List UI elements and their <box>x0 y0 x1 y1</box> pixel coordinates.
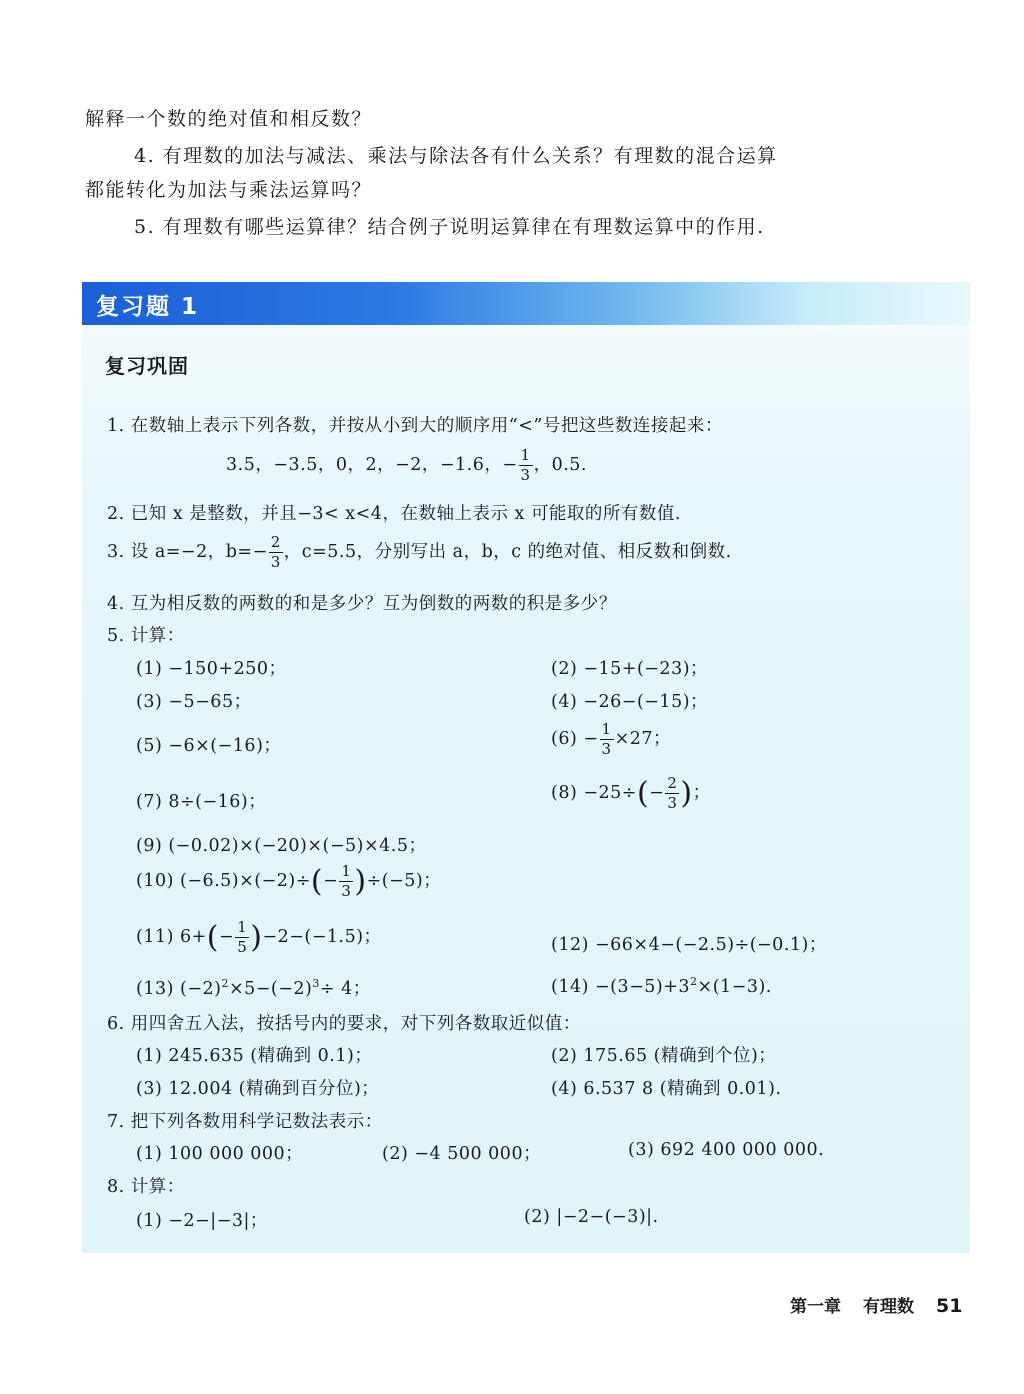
paren: ( <box>637 776 649 811</box>
paren: ( <box>207 920 219 955</box>
exercise-6-item-1: (1) 245.635 (精确到 0.1)； <box>136 1042 372 1067</box>
exercise-2: 2. 已知 x 是整数，并且−3< x<4，在数轴上表示 x 可能取的所有数值. <box>107 500 681 525</box>
text: ，c=5.5，分别写出 a，b，c 的绝对值、相反数和倒数. <box>284 542 732 562</box>
text: ×(1−3). <box>698 977 772 997</box>
text: ×27； <box>615 729 671 749</box>
intro-continuation: 解释一个数的绝对值和相反数？ <box>85 104 372 131</box>
text: (11) 6+ <box>136 927 207 947</box>
exponent: 2 <box>221 977 229 990</box>
exercise-7: 7. 把下列各数用科学记数法表示： <box>107 1108 383 1133</box>
exercise-5-item-3: (3) −5−65； <box>136 688 252 713</box>
fraction: 13 <box>339 864 353 899</box>
exercise-5-item-2: (2) −15+(−23)； <box>551 655 708 680</box>
chapter-title: 有理数 <box>863 1297 914 1317</box>
exercise-5-item-5: (5) −6×(−16)； <box>136 732 281 757</box>
text: ×5−(−2) <box>229 979 312 999</box>
exercise-7-item-1: (1) 100 000 000； <box>136 1140 303 1165</box>
page-footer: 第一章有理数51 <box>790 1292 962 1317</box>
text: (6) − <box>551 729 599 749</box>
exercise-5-item-9: (9) (−0.02)×(−20)×(−5)×4.5； <box>136 832 427 857</box>
text: ÷ 4； <box>320 979 371 999</box>
exercise-7-item-2: (2) −4 500 000； <box>382 1140 541 1165</box>
section-title: 复习题 1 <box>96 288 199 321</box>
exercise-1-numbers: 3.5，−3.5，0，2，−2，−1.6，−13，0.5. <box>226 448 587 483</box>
text: − <box>649 783 664 803</box>
exercise-5-item-7: (7) 8÷(−16)； <box>136 788 266 813</box>
paren: ( <box>311 864 323 899</box>
exercise-6-item-3: (3) 12.004 (精确到百分位)； <box>136 1075 379 1100</box>
text: −2−(−1.5)； <box>262 927 381 947</box>
numbers-text: ，0.5. <box>534 455 587 475</box>
text: (14) −(3−5)+3 <box>551 977 690 997</box>
review-question-4-cont: 都能转化为加法与乘法运算吗？ <box>85 175 372 202</box>
text: ； <box>693 783 711 803</box>
text: (13) (−2) <box>136 979 221 999</box>
paren: ) <box>354 864 366 899</box>
exercise-5-item-10: (10) (−6.5)×(−2)÷(−13)÷(−5)； <box>136 864 441 899</box>
text: − <box>323 871 338 891</box>
exercise-5-item-12: (12) −66×4−(−2.5)÷(−0.1)； <box>551 931 827 956</box>
fraction: 23 <box>269 535 283 570</box>
page-number: 51 <box>936 1295 962 1317</box>
exercise-8-item-2: (2) |−2−(−3)|. <box>524 1207 659 1227</box>
exponent: 2 <box>690 975 698 988</box>
chapter-label: 第一章 <box>790 1297 841 1317</box>
exercise-3: 3. 设 a=−2，b=−23，c=5.5，分别写出 a，b，c 的绝对值、相反… <box>107 535 732 570</box>
paren: ) <box>250 920 262 955</box>
exercise-4: 4. 互为相反数的两数的和是多少？互为倒数的两数的积是多少？ <box>107 590 617 615</box>
text: (10) (−6.5)×(−2)÷ <box>136 871 311 891</box>
exercise-6-item-2: (2) 175.65 (精确到个位)； <box>551 1042 776 1067</box>
fraction: 13 <box>519 448 533 483</box>
exercise-5: 5. 计算： <box>107 622 185 647</box>
text: (8) −25÷ <box>551 783 637 803</box>
paren: ) <box>680 776 692 811</box>
review-question-5: 5. 有理数有哪些运算律？结合例子说明运算律在有理数运算中的作用. <box>134 212 765 239</box>
exercise-6-item-4: (4) 6.537 8 (精确到 0.01). <box>551 1075 781 1100</box>
text: − <box>219 927 234 947</box>
exercise-8-item-1: (1) −2−|−3|； <box>136 1207 268 1232</box>
review-question-4: 4. 有理数的加法与减法、乘法与除法各有什么关系？有理数的混合运算 <box>134 141 778 168</box>
fraction: 15 <box>235 920 249 955</box>
text: 3. 设 a=−2，b=− <box>107 542 268 562</box>
exercise-5-item-13: (13) (−2)2×5−(−2)3÷ 4； <box>136 975 371 1000</box>
exercise-5-item-14: (14) −(3−5)+32×(1−3). <box>551 975 772 997</box>
exercise-5-item-8: (8) −25÷(−23)； <box>551 776 711 811</box>
exercise-1: 1. 在数轴上表示下列各数，并按从小到大的顺序用“<”号把这些数连接起来： <box>107 412 723 437</box>
fraction: 23 <box>665 776 679 811</box>
exponent: 3 <box>312 977 320 990</box>
numbers-text: 3.5，−3.5，0，2，−2，−1.6，− <box>226 455 518 475</box>
exercise-7-item-3: (3) 692 400 000 000. <box>628 1140 824 1160</box>
exercise-5-item-6: (6) −13×27； <box>551 722 671 757</box>
exercise-8: 8. 计算： <box>107 1173 185 1198</box>
exercise-5-item-1: (1) −150+250； <box>136 655 286 680</box>
section-banner: 复习题 1 <box>82 282 970 325</box>
exercise-6: 6. 用四舍五入法，按括号内的要求，对下列各数取近似值： <box>107 1010 581 1035</box>
section-subtitle: 复习巩固 <box>105 350 189 379</box>
text: ÷(−5)； <box>367 871 442 891</box>
exercise-5-item-4: (4) −26−(−15)； <box>551 688 708 713</box>
exercise-5-item-11: (11) 6+(−15)−2−(−1.5)； <box>136 920 382 955</box>
fraction: 13 <box>600 722 614 757</box>
